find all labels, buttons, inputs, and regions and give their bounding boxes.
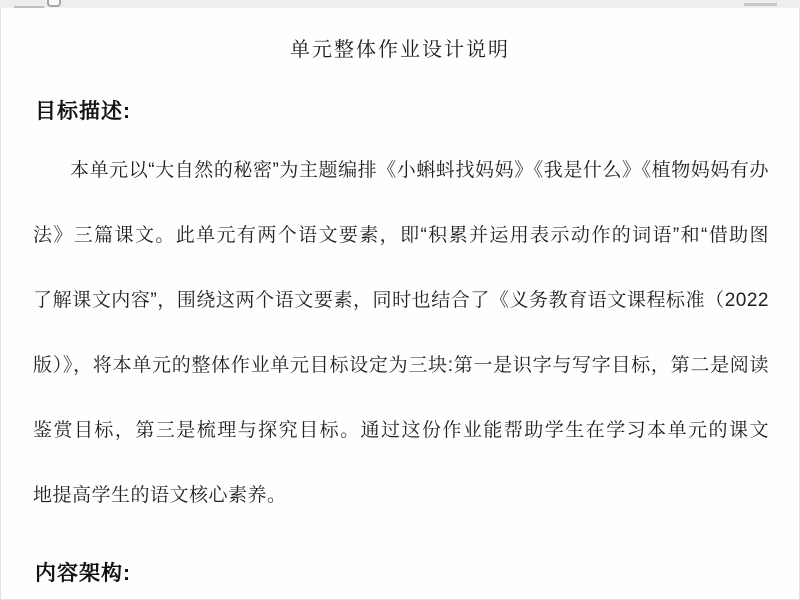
paragraph-line: 地提高学生的语文核心素养。 [33,463,769,528]
partial-button-icon [47,0,61,7]
paragraph-line: 了解课文内容”，围绕这两个语文要素，同时也结合了《义务教育语文课程标准（2022… [33,268,769,333]
goal-description-paragraph: 本单元以“大自然的秘密”为主题编排《小蝌蚪找妈妈》《我是什么》《植物妈妈有办 法… [33,138,769,528]
section-heading-content-structure: 内容架构: [35,557,131,587]
toolbar-line-fragment-left [14,6,44,8]
paragraph-line: 本单元以“大自然的秘密”为主题编排《小蝌蚪找妈妈》《我是什么》《植物妈妈有办 [33,138,769,203]
document-title: 单元整体作业设计说明 [0,33,800,62]
paragraph-line: 法》三篇课文。此单元有两个语文要素，即“积累并运用表示动作的词语”和“借助图片， [33,203,769,268]
paragraph-line: 鉴赏目标，第三是梳理与探究目标。通过这份作业能帮助学生在学习本单元的课文时，更好 [33,398,769,463]
paragraph-line: 版）》，将本单元的整体作业单元目标设定为三块:第一是识字与写字目标，第二是阅读与 [33,333,769,398]
toolbar-line-fragment-right [744,3,777,6]
section-heading-goal-description: 目标描述: [35,95,131,125]
toolbar-remnant-strip [0,0,800,8]
document-page: 单元整体作业设计说明 目标描述: 本单元以“大自然的秘密”为主题编排《小蝌蚪找妈… [0,0,800,600]
